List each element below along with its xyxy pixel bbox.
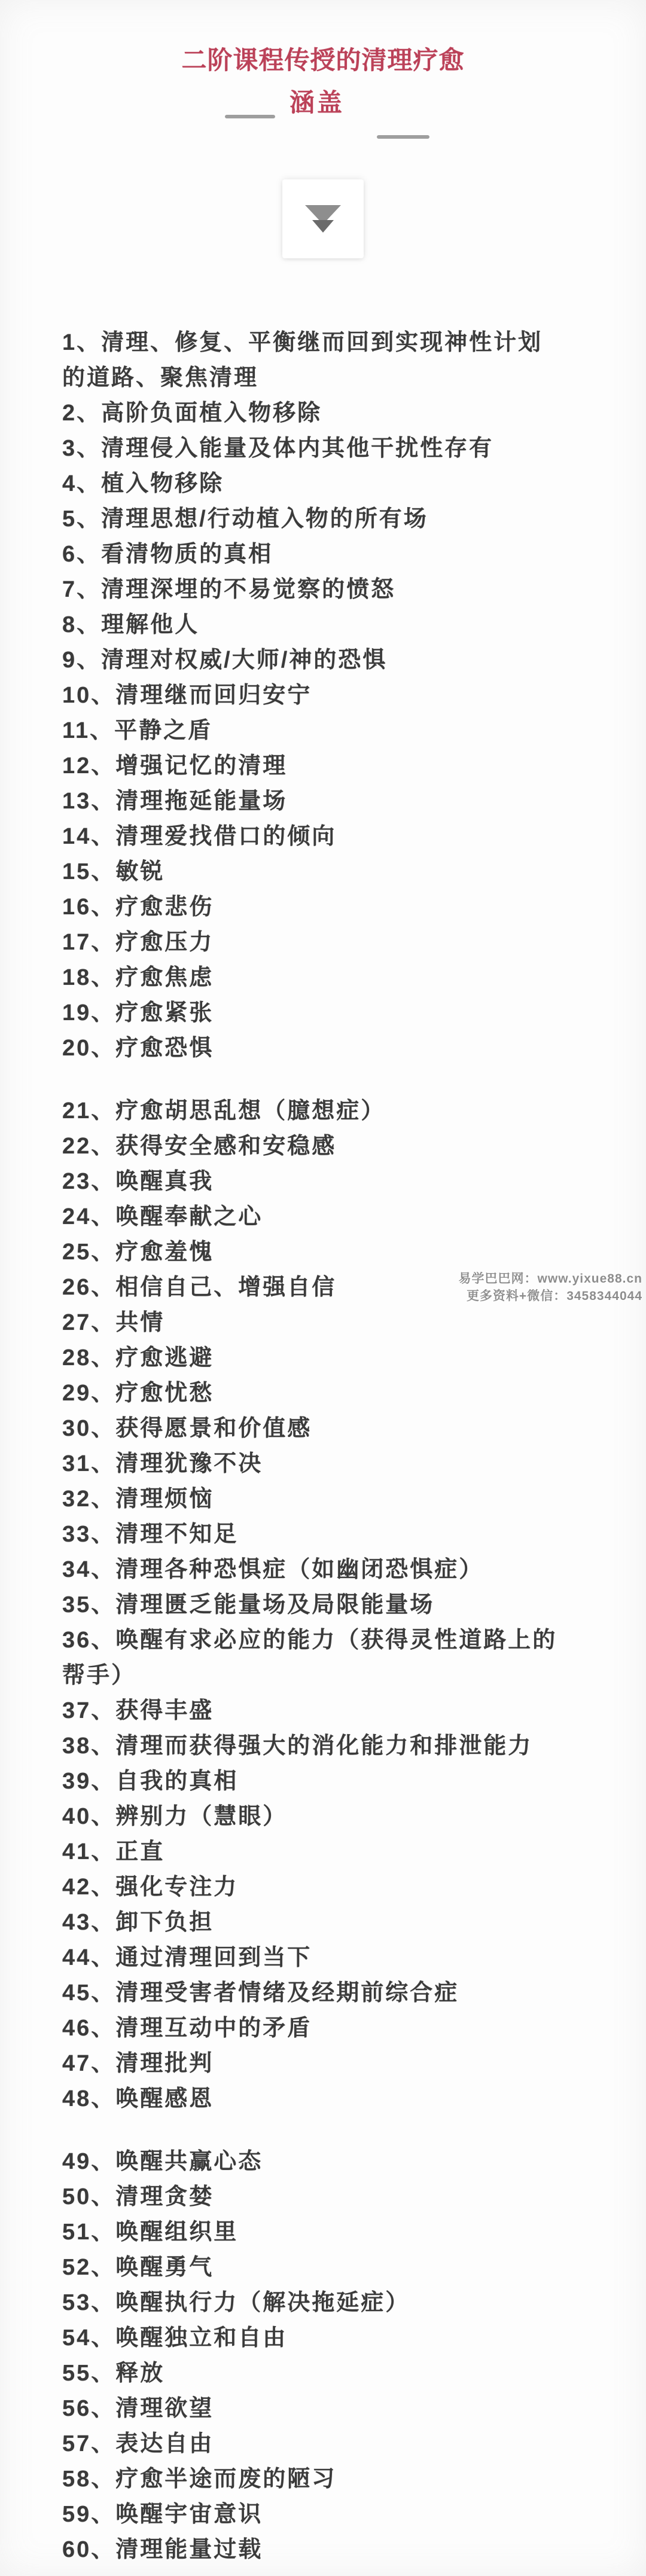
list-item-line: 60、清理能量过载 xyxy=(62,2532,616,2568)
decorative-dash-left xyxy=(225,115,275,118)
list-item: 6、看清物质的真相 xyxy=(62,537,616,572)
list-item-line: 27、共情 xyxy=(62,1305,616,1341)
list-item: 38、清理而获得强大的消化能力和排泄能力 xyxy=(62,1729,616,1764)
list-item-line: 56、清理欲望 xyxy=(62,2391,616,2427)
list-item: 27、共情 xyxy=(62,1305,616,1341)
list-item: 36、唤醒有求必应的能力（获得灵性道路上的帮手） xyxy=(62,1623,616,1693)
list-item-line: 45、清理受害者情绪及经期前综合症 xyxy=(62,1976,616,2011)
list-item-line: 11、平静之盾 xyxy=(62,713,616,749)
list-item: 22、获得安全感和安稳感 xyxy=(62,1129,616,1164)
list-item: 52、唤醒勇气 xyxy=(62,2250,616,2285)
list-item-line: 39、自我的真相 xyxy=(62,1764,616,1799)
list-item-line: 48、唤醒感恩 xyxy=(62,2081,616,2117)
list-item-line: 32、清理烦恼 xyxy=(62,1482,616,1517)
list-item-line: 14、清理爱找借口的倾向 xyxy=(62,819,616,854)
decorative-dash-right xyxy=(377,135,429,139)
list-item-line: 50、清理贪婪 xyxy=(62,2180,616,2215)
list-item-line: 4、植入物移除 xyxy=(62,466,616,502)
list-item: 46、清理互动中的矛盾 xyxy=(62,2011,616,2046)
list-item: 42、强化专注力 xyxy=(62,1870,616,1905)
list-item-line: 51、唤醒组织里 xyxy=(62,2215,616,2250)
list-item-line: 21、疗愈胡思乱想（臆想症） xyxy=(62,1094,616,1129)
list-item: 56、清理欲望 xyxy=(62,2391,616,2427)
list-item-line: 57、表达自由 xyxy=(62,2427,616,2462)
list-item: 31、清理犹豫不决 xyxy=(62,1446,616,1482)
list-item-line: 38、清理而获得强大的消化能力和排泄能力 xyxy=(62,1729,616,1764)
list-item-line: 28、疗愈逃避 xyxy=(62,1341,616,1376)
list-item-line: 8、理解他人 xyxy=(62,608,616,643)
list-item-line: 29、疗愈忧愁 xyxy=(62,1376,616,1411)
list-item-line: 10、清理继而回归安宁 xyxy=(62,678,616,713)
watermark-wechat: 更多资料+微信：3458344044 xyxy=(459,1287,642,1305)
list-item: 16、疗愈悲伤 xyxy=(62,890,616,925)
list-item: 23、唤醒真我 xyxy=(62,1164,616,1200)
list-item: 9、清理对权威/大师/神的恐惧 xyxy=(62,643,616,678)
list-item: 30、获得愿景和价值感 xyxy=(62,1411,616,1446)
list-item-line: 37、获得丰盛 xyxy=(62,1693,616,1729)
list-item-line: 25、疗愈羞愧 xyxy=(62,1235,616,1270)
list-item: 47、清理批判 xyxy=(62,2046,616,2081)
list-item-line: 帮手） xyxy=(62,1658,616,1693)
list-item-line: 9、清理对权威/大师/神的恐惧 xyxy=(62,643,616,678)
page-subtitle: 涵盖 xyxy=(290,84,345,122)
list-item: 19、疗愈紧张 xyxy=(62,996,616,1031)
list-item-line: 20、疗愈恐惧 xyxy=(62,1031,616,1066)
list-item-line: 40、辨别力（慧眼） xyxy=(62,1799,616,1835)
list-item-line: 43、卸下负担 xyxy=(62,1905,616,1940)
list-item: 33、清理不知足 xyxy=(62,1517,616,1552)
list-item-line: 30、获得愿景和价值感 xyxy=(62,1411,616,1446)
list-item-line: 17、疗愈压力 xyxy=(62,925,616,960)
list-item: 35、清理匮乏能量场及局限能量场 xyxy=(62,1588,616,1623)
list-item-line: 31、清理犹豫不决 xyxy=(62,1446,616,1482)
list-item: 25、疗愈羞愧 xyxy=(62,1235,616,1270)
list-item-line: 34、清理各种恐惧症（如幽闭恐惧症） xyxy=(62,1552,616,1588)
list-item-line: 42、强化专注力 xyxy=(62,1870,616,1905)
list-item-line: 44、通过清理回到当下 xyxy=(62,1940,616,1976)
list-item: 59、唤醒宇宙意识 xyxy=(62,2497,616,2532)
list-item-line: 1、清理、修复、平衡继而回到实现神性计划 xyxy=(62,325,616,361)
list-item: 29、疗愈忧愁 xyxy=(62,1376,616,1411)
document-page: 二阶课程传授的清理疗愈 涵盖 1、清理、修复、平衡继而回到实现神性计划的道路、聚… xyxy=(0,0,646,2576)
list-item-line: 53、唤醒执行力（解决拖延症） xyxy=(62,2285,616,2321)
down-triangle-small-icon xyxy=(312,220,334,233)
list-item-line: 24、唤醒奉献之心 xyxy=(62,1200,616,1235)
list-item: 1、清理、修复、平衡继而回到实现神性计划的道路、聚焦清理 xyxy=(62,325,616,396)
list-item-line: 35、清理匮乏能量场及局限能量场 xyxy=(62,1588,616,1623)
list-item: 2、高阶负面植入物移除 xyxy=(62,396,616,431)
list-item: 37、获得丰盛 xyxy=(62,1693,616,1729)
list-item: 24、唤醒奉献之心 xyxy=(62,1200,616,1235)
list-item: 8、理解他人 xyxy=(62,608,616,643)
list-item: 60、清理能量过载 xyxy=(62,2532,616,2568)
list-item: 10、清理继而回归安宁 xyxy=(62,678,616,713)
subtitle-row: 涵盖 xyxy=(0,84,646,144)
list-item-line: 41、正直 xyxy=(62,1835,616,1870)
page-title: 二阶课程传授的清理疗愈 xyxy=(0,0,646,75)
list-item: 54、唤醒独立和自由 xyxy=(62,2321,616,2356)
list-item: 44、通过清理回到当下 xyxy=(62,1940,616,1976)
list-item: 41、正直 xyxy=(62,1835,616,1870)
list-item: 20、疗愈恐惧 xyxy=(62,1031,616,1066)
list-item-line: 59、唤醒宇宙意识 xyxy=(62,2497,616,2532)
list-item-line: 3、清理侵入能量及体内其他干扰性存有 xyxy=(62,431,616,466)
list-item-line: 52、唤醒勇气 xyxy=(62,2250,616,2285)
list-item-line: 33、清理不知足 xyxy=(62,1517,616,1552)
list-item-line: 55、释放 xyxy=(62,2356,616,2391)
list-item-line: 46、清理互动中的矛盾 xyxy=(62,2011,616,2046)
list-item: 14、清理爱找借口的倾向 xyxy=(62,819,616,854)
list-item: 17、疗愈压力 xyxy=(62,925,616,960)
list-item-line: 6、看清物质的真相 xyxy=(62,537,616,572)
list-item-line: 49、唤醒共赢心态 xyxy=(62,2144,616,2180)
list-item: 39、自我的真相 xyxy=(62,1764,616,1799)
list-item-line: 15、敏锐 xyxy=(62,854,616,890)
list-item-line: 54、唤醒独立和自由 xyxy=(62,2321,616,2356)
list-item: 57、表达自由 xyxy=(62,2427,616,2462)
list-item: 48、唤醒感恩 xyxy=(62,2081,616,2117)
course-list: 1、清理、修复、平衡继而回到实现神性计划的道路、聚焦清理2、高阶负面植入物移除3… xyxy=(0,325,646,2568)
list-item: 4、植入物移除 xyxy=(62,466,616,502)
list-item-line: 12、增强记忆的清理 xyxy=(62,749,616,784)
list-item-line: 的道路、聚焦清理 xyxy=(62,361,616,396)
list-item: 50、清理贪婪 xyxy=(62,2180,616,2215)
list-item: 28、疗愈逃避 xyxy=(62,1341,616,1376)
list-item-line: 36、唤醒有求必应的能力（获得灵性道路上的 xyxy=(62,1623,616,1658)
list-item: 15、敏锐 xyxy=(62,854,616,890)
watermark: 易学巴巴网：www.yixue88.cn 更多资料+微信：3458344044 xyxy=(459,1270,642,1305)
watermark-site: 易学巴巴网：www.yixue88.cn xyxy=(459,1270,642,1287)
double-down-triangle-icon xyxy=(305,205,341,233)
list-item: 34、清理各种恐惧症（如幽闭恐惧症） xyxy=(62,1552,616,1588)
list-item-line: 23、唤醒真我 xyxy=(62,1164,616,1200)
list-item-line: 18、疗愈焦虑 xyxy=(62,960,616,996)
list-item: 51、唤醒组织里 xyxy=(62,2215,616,2250)
list-item: 49、唤醒共赢心态 xyxy=(62,2144,616,2180)
list-item-line: 2、高阶负面植入物移除 xyxy=(62,396,616,431)
list-item: 21、疗愈胡思乱想（臆想症） xyxy=(62,1094,616,1129)
list-item: 53、唤醒执行力（解决拖延症） xyxy=(62,2285,616,2321)
list-item: 18、疗愈焦虑 xyxy=(62,960,616,996)
list-item-line: 16、疗愈悲伤 xyxy=(62,890,616,925)
list-item: 45、清理受害者情绪及经期前综合症 xyxy=(62,1976,616,2011)
list-item: 11、平静之盾 xyxy=(62,713,616,749)
list-item-line: 5、清理思想/行动植入物的所有场 xyxy=(62,502,616,537)
list-item-line: 19、疗愈紧张 xyxy=(62,996,616,1031)
list-item: 3、清理侵入能量及体内其他干扰性存有 xyxy=(62,431,616,466)
list-item: 5、清理思想/行动植入物的所有场 xyxy=(62,502,616,537)
list-item-line: 47、清理批判 xyxy=(62,2046,616,2081)
list-item: 58、疗愈半途而废的陋习 xyxy=(62,2462,616,2497)
list-item: 55、释放 xyxy=(62,2356,616,2391)
scroll-down-button[interactable] xyxy=(282,179,364,258)
list-item: 43、卸下负担 xyxy=(62,1905,616,1940)
list-item: 7、清理深埋的不易觉察的愤怒 xyxy=(62,572,616,608)
list-item: 32、清理烦恼 xyxy=(62,1482,616,1517)
list-item: 40、辨别力（慧眼） xyxy=(62,1799,616,1835)
list-item-line: 7、清理深埋的不易觉察的愤怒 xyxy=(62,572,616,608)
list-item: 13、清理拖延能量场 xyxy=(62,784,616,819)
list-item: 12、增强记忆的清理 xyxy=(62,749,616,784)
list-item-line: 58、疗愈半途而废的陋习 xyxy=(62,2462,616,2497)
list-item-line: 22、获得安全感和安稳感 xyxy=(62,1129,616,1164)
list-item-line: 13、清理拖延能量场 xyxy=(62,784,616,819)
